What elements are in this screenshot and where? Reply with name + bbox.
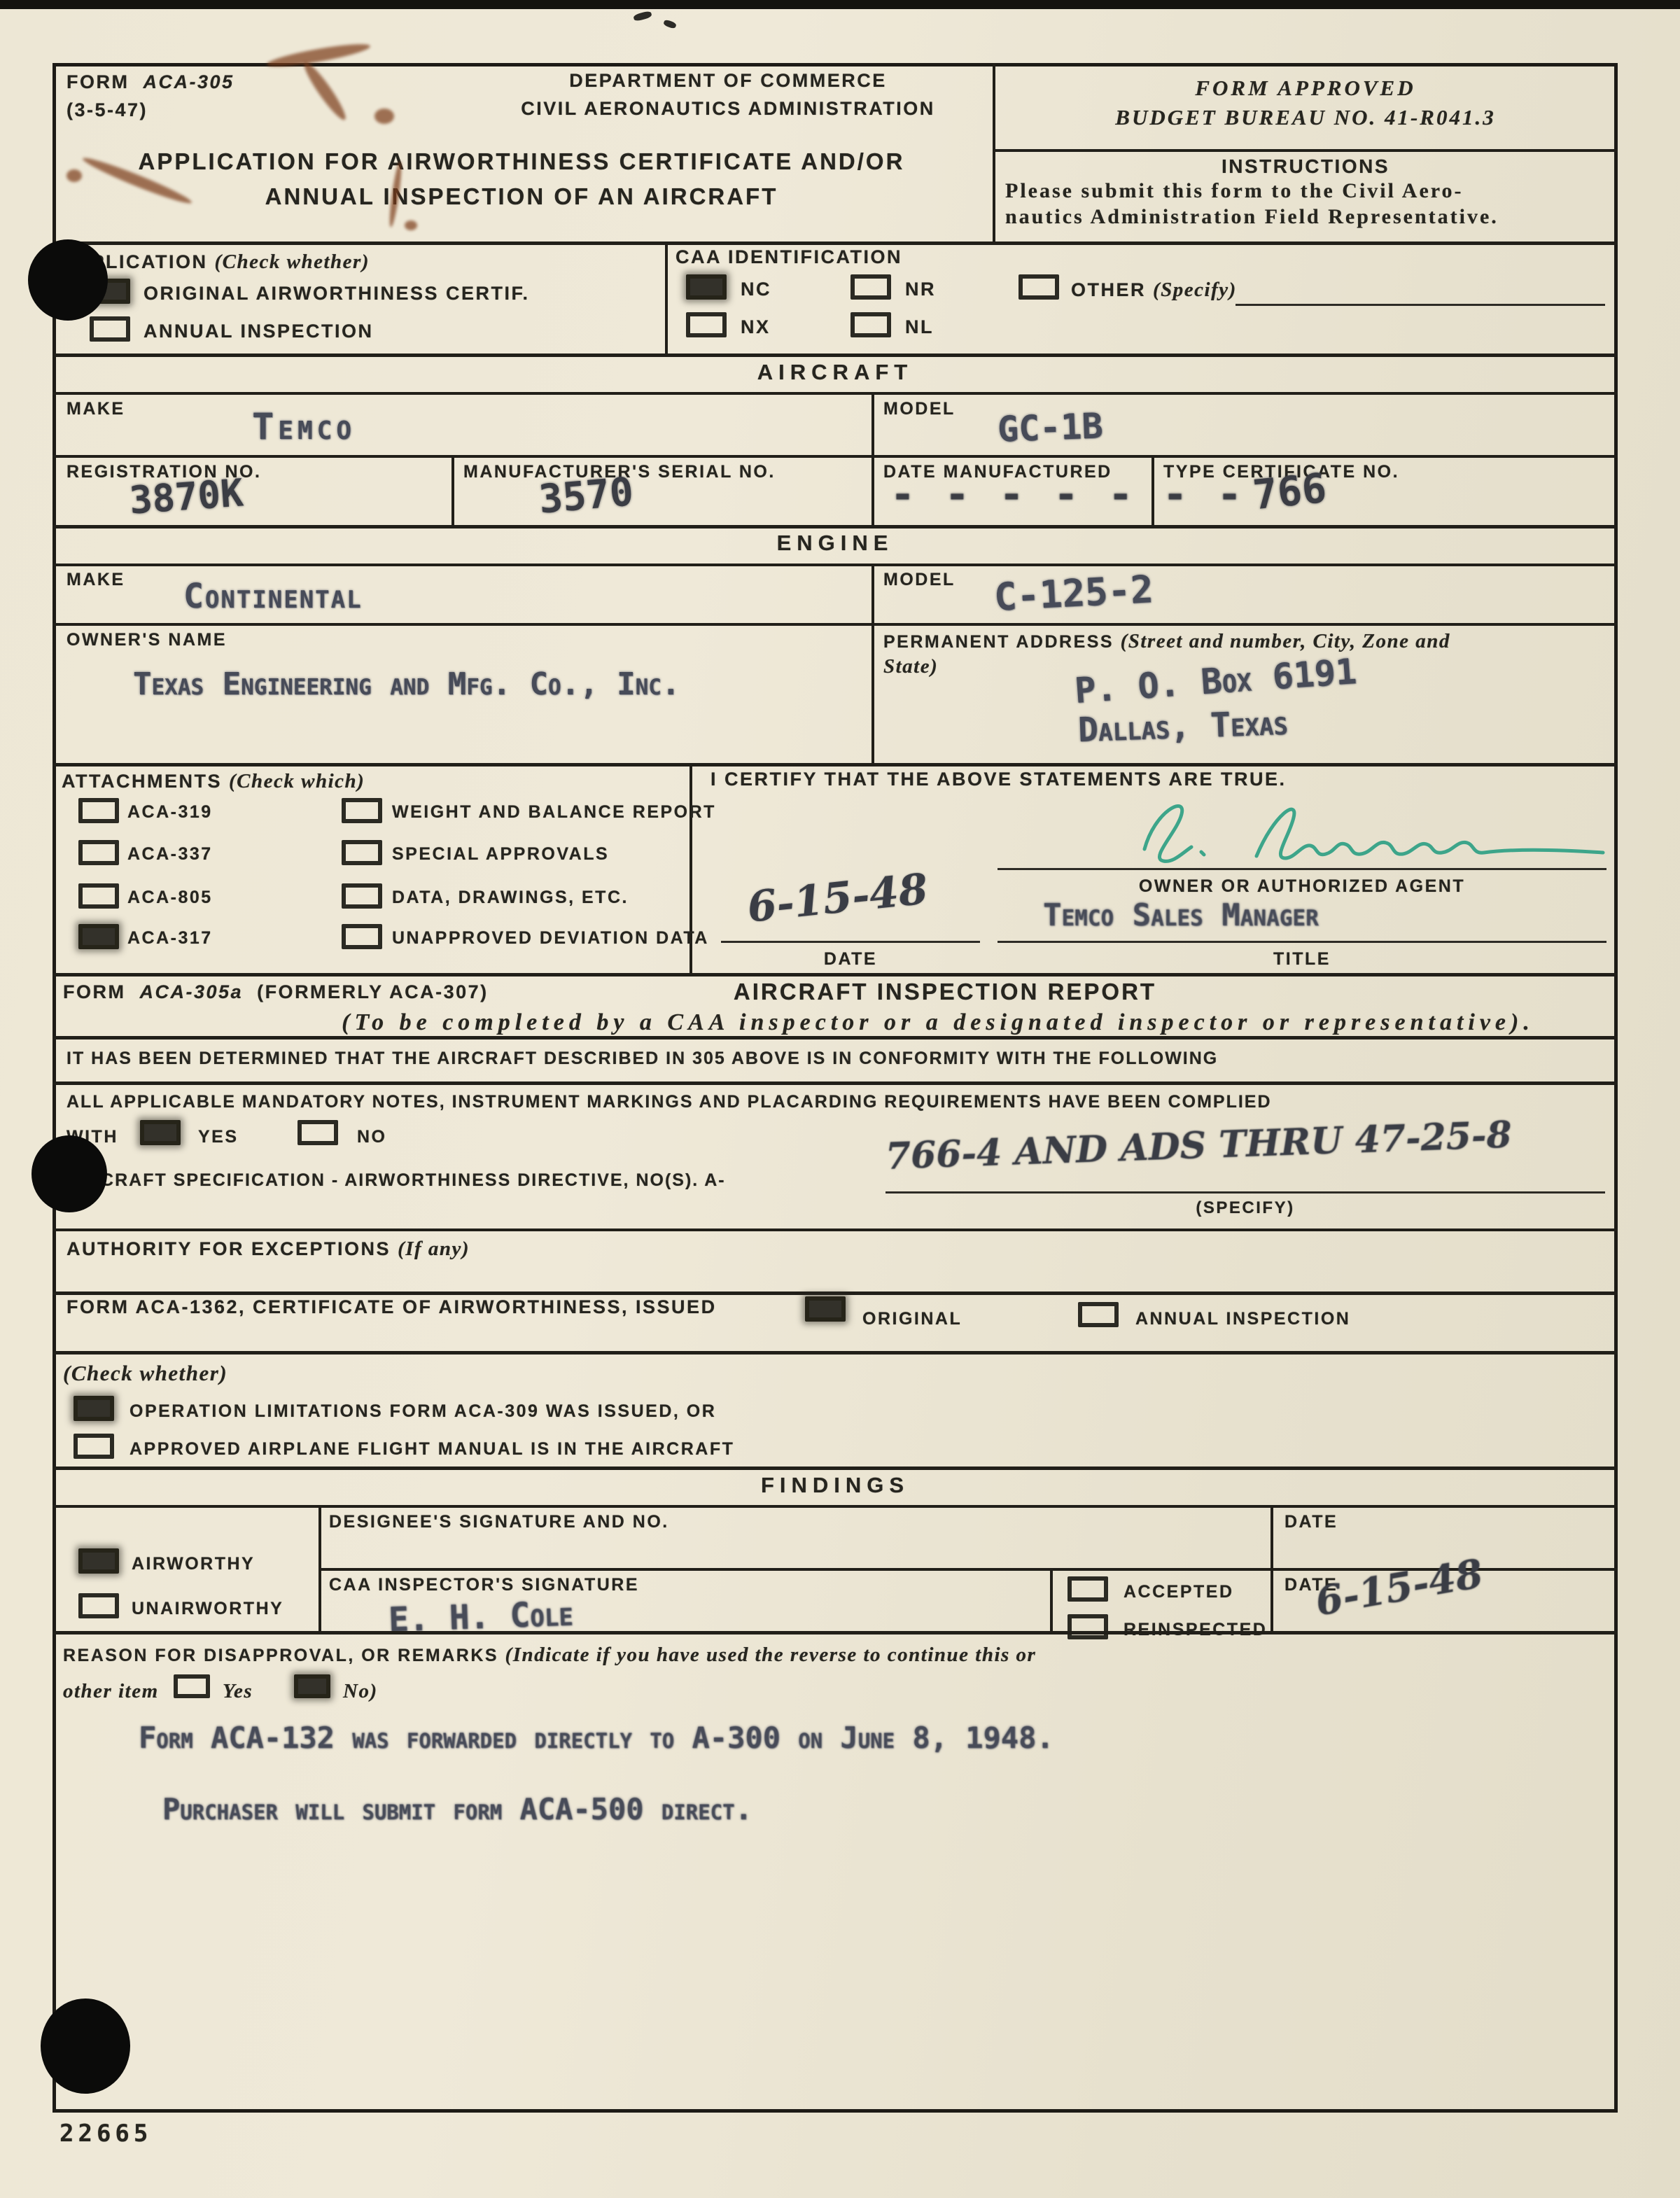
reinspected-label: REINSPECTED [1123,1620,1267,1640]
nc-checkbox[interactable] [686,274,727,300]
instructions-line1: Please submit this form to the Civil Aer… [1005,179,1464,203]
signature-caption: OWNER OR AUTHORIZED AGENT [997,876,1606,897]
owner-name-label: OWNER'S NAME [66,630,227,650]
divider [665,241,668,353]
spec-directive-label: AIRCRAFT SPECIFICATION - AIRWORTHINESS D… [66,1170,726,1191]
ink-stain [66,169,82,182]
reverse-no-label: No) [343,1680,378,1703]
unairworthy-checkbox[interactable] [78,1593,119,1618]
form-approved-line1: FORM APPROVED [1001,76,1610,101]
nx-checkbox[interactable] [686,312,727,337]
ink-stain [374,108,394,124]
divider [52,1036,1618,1039]
divider [52,1081,1618,1085]
issued-original-checkbox[interactable] [805,1296,846,1322]
divider [52,241,1618,245]
issued-annual-checkbox[interactable] [1078,1302,1119,1327]
spec-directive-line[interactable] [885,1191,1605,1193]
divider [52,563,1618,566]
unapproved-deviation-checkbox[interactable] [342,924,382,949]
data-drawings-label: DATA, DRAWINGS, ETC. [392,888,629,908]
nx-label: NX [741,316,771,338]
reinspected-checkbox[interactable] [1067,1614,1108,1639]
divider [52,525,1618,528]
divider [451,455,454,525]
unairworthy-label: UNAIRWORTHY [132,1599,283,1619]
title-caption: TITLE [997,949,1606,969]
aircraft-model-label: MODEL [883,399,955,419]
issued-original-label: ORIGINAL [862,1309,962,1329]
aca-337-label: ACA-337 [127,844,213,864]
remark-line1: Form ACA-132 was forwarded directly to A… [139,1721,1054,1755]
caa-identification-label: CAA IDENTIFICATION [675,246,902,268]
aca-317-checkbox[interactable] [78,924,119,949]
other-checkbox[interactable] [1018,274,1059,300]
airworthy-checkbox[interactable] [78,1548,119,1574]
page-title-line2: ANNUAL INSPECTION OF AN AIRCRAFT [108,183,934,210]
aircraft-model-value: GC-1B [997,405,1103,449]
aca-319-checkbox[interactable] [78,798,119,823]
check-whether-label: (Check whether) [63,1361,227,1386]
instructions-line2: nautics Administration Field Representat… [1005,205,1499,229]
complied-yes-label: YES [198,1127,239,1147]
annual-inspection-checkbox[interactable] [90,316,130,342]
airworthy-label: AIRWORTHY [132,1554,255,1574]
divider [52,1351,1618,1354]
scan-speck [633,10,652,22]
flight-manual-label: APPROVED AIRPLANE FLIGHT MANUAL IS IN TH… [129,1439,734,1459]
inspection-form-number: FORM ACA-305a (FORMERLY ACA-307) [63,981,489,1003]
nr-checkbox[interactable] [850,274,891,300]
divider [52,1505,1618,1508]
nl-checkbox[interactable] [850,312,891,337]
aca-805-checkbox[interactable] [78,883,119,909]
complied-no-checkbox[interactable] [297,1120,338,1145]
specify-caption: (SPECIFY) [885,1198,1605,1218]
aca-317-label: ACA-317 [127,928,213,948]
special-approvals-checkbox[interactable] [342,840,382,865]
weight-balance-label: WEIGHT AND BALANCE REPORT [392,802,716,822]
findings-section-title: FINDINGS [52,1473,1618,1498]
annual-inspection-label: ANNUAL INSPECTION [143,321,374,342]
department-line1: DEPARTMENT OF COMMERCE [490,70,966,92]
other-label: OTHER (Specify) [1071,279,1237,302]
form-number: FORM ACA-305 [66,71,234,93]
weight-balance-checkbox[interactable] [342,798,382,823]
address-label-cont: State) [883,655,938,678]
accepted-checkbox[interactable] [1067,1576,1108,1602]
complied-no-label: NO [357,1127,387,1147]
disapproval-label: REASON FOR DISAPPROVAL, OR REMARKS (Indi… [63,1644,1036,1667]
aca-337-checkbox[interactable] [78,840,119,865]
unapproved-deviation-label: UNAPPROVED DEVIATION DATA [392,928,709,948]
divider [52,1291,1618,1295]
aca-319-label: ACA-319 [127,802,213,822]
scanned-form-page: FORM ACA-305 (3-5-47) DEPARTMENT OF COMM… [0,0,1680,2198]
engine-make-label: MAKE [66,570,125,590]
other-specify-line[interactable] [1235,304,1605,306]
scan-serial-number: 22665 [59,2120,152,2148]
aircraft-make-label: MAKE [66,399,125,419]
application-label: APPLICATION (Check whether) [62,251,370,274]
divider [871,455,874,525]
department-line2: CIVIL AERONAUTICS ADMINISTRATION [448,98,1008,120]
divider [52,1466,1618,1470]
divider [52,1228,1618,1231]
address-label: PERMANENT ADDRESS (Street and number, Ci… [883,630,1450,653]
divider [52,623,1618,626]
caa-inspector-signature-label: CAA INSPECTOR'S SIGNATURE [329,1575,639,1595]
scan-speck [663,19,677,29]
title-line[interactable] [997,941,1606,943]
special-approvals-label: SPECIAL APPROVALS [392,844,609,864]
designee-date-label: DATE [1284,1512,1338,1532]
issued-annual-label: ANNUAL INSPECTION [1135,1309,1350,1329]
operation-limitations-checkbox[interactable] [73,1396,114,1421]
punch-hole [41,1998,130,2094]
complied-statement: ALL APPLICABLE MANDATORY NOTES, INSTRUME… [66,1092,1272,1112]
divider [993,149,1618,152]
owner-name-value: Texas Engineering and Mfg. Co., Inc. [133,666,680,702]
signature-line[interactable] [997,868,1606,870]
nc-label: NC [741,279,771,300]
divider [52,1631,1618,1634]
type-certificate-value: 766 [1251,464,1329,519]
inspection-report-title: AIRCRAFT INSPECTION REPORT [630,979,1260,1005]
aircraft-make-value: Temco [252,406,356,448]
divider [52,455,1618,458]
reverse-yes-checkbox[interactable] [174,1674,210,1698]
complied-yes-checkbox[interactable] [140,1120,181,1145]
divider [52,353,1618,357]
divider [52,392,1618,395]
divider [52,763,1618,766]
punch-hole [28,239,108,321]
determined-statement: IT HAS BEEN DETERMINED THAT THE AIRCRAFT… [66,1049,1218,1069]
owner-signature [1113,783,1617,877]
flight-manual-checkbox[interactable] [73,1434,114,1459]
punch-hole [31,1135,107,1212]
operation-limitations-label: OPERATION LIMITATIONS FORM ACA-309 WAS I… [129,1401,716,1422]
aircraft-section-title: AIRCRAFT [52,360,1618,385]
nr-label: NR [905,279,936,300]
original-airworthiness-label: ORIGINAL AIRWORTHINESS CERTIF. [143,283,530,304]
authority-exceptions-label: AUTHORITY FOR EXCEPTIONS (If any) [66,1238,470,1261]
inspection-report-subtitle: (To be completed by a CAA inspector or a… [238,1009,1638,1036]
date-line[interactable] [721,941,980,943]
form-approved-line2: BUDGET BUREAU NO. 41-R041.3 [1001,105,1610,130]
ink-stain [405,220,417,230]
reverse-yes-label: Yes [223,1680,253,1703]
serial-value: 3570 [537,469,635,523]
engine-section-title: ENGINE [52,531,1618,556]
address-line2: Dallas, Texas [1077,703,1289,750]
date-caption: DATE [721,949,980,969]
scan-edge-artifact [0,0,1680,9]
data-drawings-checkbox[interactable] [342,883,382,909]
registration-value: 3870K [128,470,245,522]
reverse-no-checkbox[interactable] [294,1674,330,1698]
instructions-title: INSTRUCTIONS [1001,155,1610,178]
divider [1151,455,1154,525]
accepted-label: ACCEPTED [1123,1582,1234,1602]
divider [871,563,874,623]
attachments-label: ATTACHMENTS (Check which) [62,770,365,793]
divider [993,63,995,241]
page-title-line1: APPLICATION FOR AIRWORTHINESS CERTIFICAT… [108,148,934,175]
divider [871,623,874,763]
engine-model-label: MODEL [883,570,955,590]
aca-1362-statement: FORM ACA-1362, CERTIFICATE OF AIRWORTHIN… [66,1296,717,1318]
disapproval-label-cont: other item [63,1680,159,1703]
divider [1050,1568,1053,1631]
remark-line2: Purchaser will submit form ACA-500 direc… [162,1792,752,1826]
certify-title-value: Temco Sales Manager [1043,897,1319,933]
divider [52,973,1618,976]
designee-signature-label: DESIGNEE'S SIGNATURE AND NO. [329,1512,669,1532]
form-revision: (3-5-47) [66,99,148,121]
nl-label: NL [905,316,934,338]
engine-model-value: C-125-2 [993,567,1155,619]
aca-805-label: ACA-805 [127,888,213,908]
engine-make-value: Continental [183,577,363,616]
divider [871,392,874,455]
